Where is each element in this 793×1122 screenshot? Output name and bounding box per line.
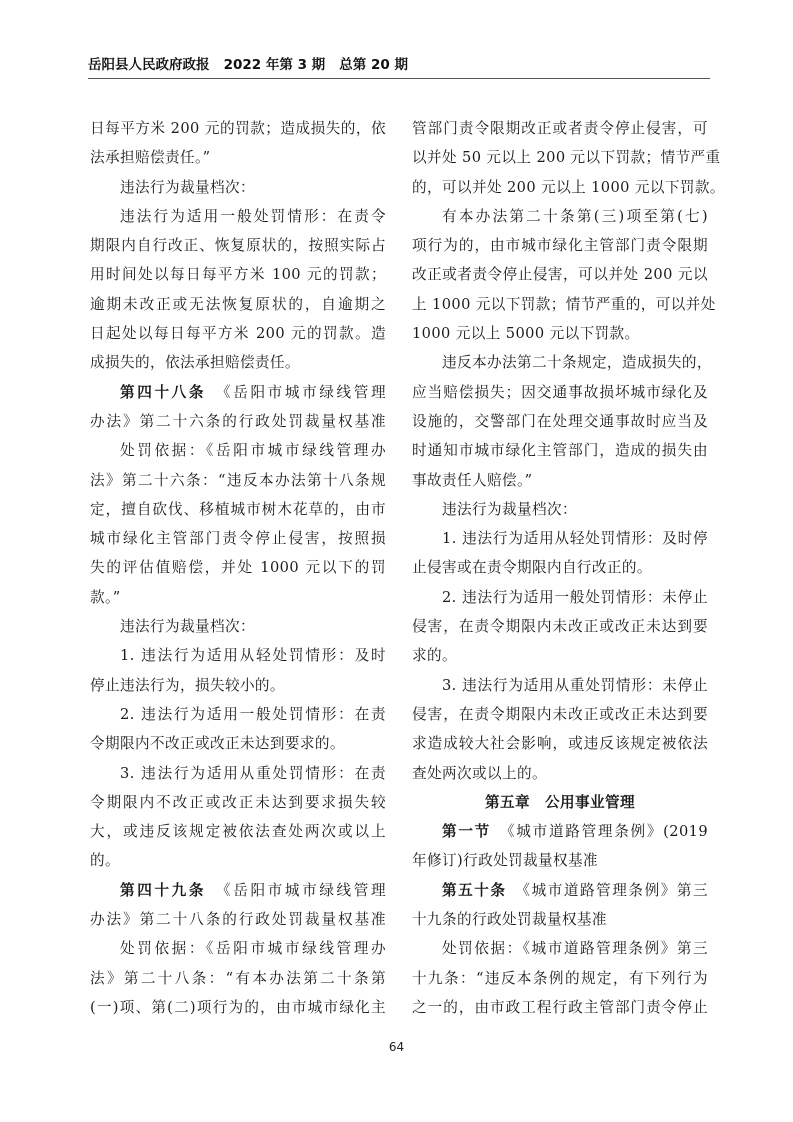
text-line: 定，擅自砍伐、移植城市树木花草的，由市 [90, 495, 386, 524]
article-title-text: 《岳阳市城市绿线管理 [206, 882, 386, 899]
text-line: 违法行为适用一般处罚情形：在责令 [90, 202, 386, 231]
text-line: 大，或违反该规定被依法查处两次或以上 [90, 817, 386, 846]
text-line: 令期限内不改正或改正未达到要求的。 [90, 729, 386, 758]
text-line: 止侵害或在责令期限内自行改正的。 [412, 553, 708, 582]
text-line: 违法行为裁量档次： [412, 495, 708, 524]
text-line: 成损失的，依法承担赔偿责任。 [90, 348, 386, 377]
text-line: 事故责任人赔偿。” [412, 466, 708, 495]
text-line: 项行为的，由市城市绿化主管部门责令限期 [412, 231, 708, 260]
text-line: 处罚依据：《岳阳市城市绿线管理办 [90, 436, 386, 465]
text-line: 法》第二十六条：“违反本办法第十八条规 [90, 466, 386, 495]
text-line: 查处两次或以上的。 [412, 759, 708, 788]
text-line: 款。” [90, 583, 386, 612]
right-column: 管部门责令限期改正或者责令停止侵害，可以并处 50 元以上 200 元以下罚款；… [412, 114, 708, 1022]
text-line: 逾期未改正或无法恢复原状的，自逾期之 [90, 290, 386, 319]
text-line: 办法》第二十六条的行政处罚裁量权基准 [90, 407, 386, 436]
article-number: 第五十条 [442, 882, 507, 899]
article-title-text: 《城市道路管理条例》第三 [507, 882, 708, 899]
text-line: 日每平方米 200 元的罚款；造成损失的，依 [90, 114, 386, 143]
article-heading-line: 第五十条 《城市道路管理条例》第三 [412, 876, 708, 905]
article-heading-line: 第四十八条 《岳阳市城市绿线管理 [90, 378, 386, 407]
chapter-heading: 第五章 公用事业管理 [412, 788, 708, 817]
text-line: 2. 违法行为适用一般处罚情形：未停止 [412, 583, 708, 612]
text-line: 以并处 50 元以上 200 元以下罚款；情节严重 [412, 143, 708, 172]
text-line: 1000 元以上 5000 元以下罚款。 [412, 319, 708, 348]
text-line: 求造成较大社会影响，或违反该规定被依法 [412, 729, 708, 758]
text-line: 办法》第二十八条的行政处罚裁量权基准 [90, 905, 386, 934]
text-line: 处罚依据：《岳阳市城市绿线管理办 [90, 934, 386, 963]
text-line: 停止违法行为，损失较小的。 [90, 671, 386, 700]
text-line: (一)项、第(二)项行为的，由市城市绿化主 [90, 993, 386, 1022]
page-number: 64 [0, 1040, 793, 1054]
text-line: 时通知市城市绿化主管部门，造成的损失由 [412, 436, 708, 465]
left-column: 日每平方米 200 元的罚款；造成损失的，依法承担赔偿责任。”违法行为裁量档次：… [90, 114, 386, 1022]
text-line: 十九条：“违反本条例的规定，有下列行为 [412, 964, 708, 993]
article-heading-line: 第一节 《城市道路管理条例》(2019 [412, 817, 708, 846]
text-line: 的，可以并处 200 元以上 1000 元以下罚款。 [412, 173, 708, 202]
text-line: 侵害，在责令期限内未改正或改正未达到要 [412, 700, 708, 729]
text-line: 年修订)行政处罚裁量权基准 [412, 846, 708, 875]
text-line: 有本办法第二十条第(三)项至第(七) [412, 202, 708, 231]
text-line: 处罚依据：《城市道路管理条例》第三 [412, 934, 708, 963]
article-number: 第一节 [442, 823, 491, 840]
article-title-text: 《岳阳市城市绿线管理 [206, 384, 386, 401]
text-line: 2. 违法行为适用一般处罚情形：在责 [90, 700, 386, 729]
text-line: 法》第二十八条：“有本办法第二十条第 [90, 964, 386, 993]
text-line: 应当赔偿损失；因交通事故损坏城市绿化及 [412, 378, 708, 407]
text-line: 求的。 [412, 641, 708, 670]
text-line: 法承担赔偿责任。” [90, 143, 386, 172]
text-line: 日起处以每日每平方米 200 元的罚款。造 [90, 319, 386, 348]
text-line: 用时间处以每日每平方米 100 元的罚款； [90, 260, 386, 289]
article-title-text: 《城市道路管理条例》(2019 [491, 823, 708, 840]
text-line: 失的评估值赔偿，并处 1000 元以下的罚 [90, 553, 386, 582]
article-number: 第四十九条 [120, 882, 206, 899]
text-line: 违反本办法第二十条规定，造成损失的， [412, 348, 708, 377]
text-line: 3. 违法行为适用从重处罚情形：在责 [90, 759, 386, 788]
text-line: 3. 违法行为适用从重处罚情形：未停止 [412, 671, 708, 700]
text-line: 管部门责令限期改正或者责令停止侵害，可 [412, 114, 708, 143]
text-line: 改正或者责令停止侵害，可以并处 200 元以 [412, 260, 708, 289]
article-number: 第四十八条 [120, 384, 206, 401]
text-line: 十九条的行政处罚裁量权基准 [412, 905, 708, 934]
text-line: 违法行为裁量档次： [90, 173, 386, 202]
article-heading-line: 第四十九条 《岳阳市城市绿线管理 [90, 876, 386, 905]
running-header: 岳阳县人民政府政报 2022 年第 3 期 总第 20 期 [88, 56, 710, 79]
text-line: 违法行为裁量档次： [90, 612, 386, 641]
text-line: 1. 违法行为适用从轻处罚情形：及时停 [412, 524, 708, 553]
text-line: 上 1000 元以下罚款；情节严重的，可以并处 [412, 290, 708, 319]
text-line: 设施的，交警部门在处理交通事故时应当及 [412, 407, 708, 436]
text-line: 侵害，在责令期限内未改正或改正未达到要 [412, 612, 708, 641]
text-line: 之一的，由市政工程行政主管部门责令停止 [412, 993, 708, 1022]
text-line: 令期限内不改正或改正未达到要求损失较 [90, 788, 386, 817]
text-line: 的。 [90, 846, 386, 875]
text-line: 期限内自行改正、恢复原状的，按照实际占 [90, 231, 386, 260]
text-line: 1. 违法行为适用从轻处罚情形：及时 [90, 641, 386, 670]
text-line: 城市绿化主管部门责令停止侵害，按照损 [90, 524, 386, 553]
